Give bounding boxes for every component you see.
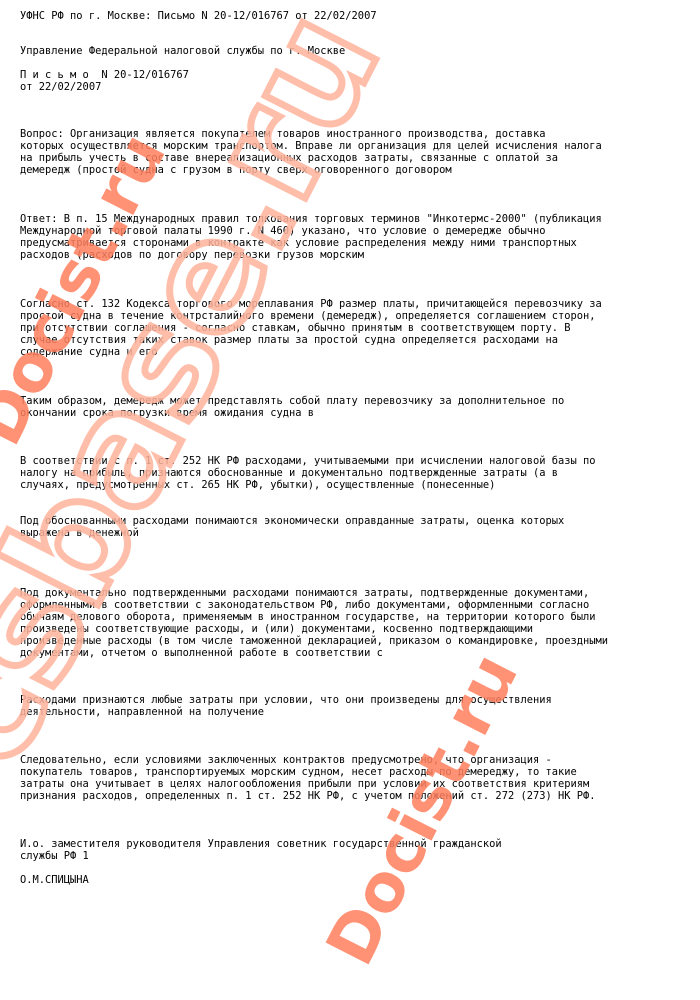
paragraph-documented-expenses: Под документально подтвержденными расход… (20, 587, 608, 659)
paragraph-recognized-expenses: Расходами признаются любые затраты при у… (20, 694, 552, 718)
paragraph-tax-code-252: В соответствии с п. 1 ст. 252 НК РФ расх… (20, 455, 596, 491)
watermark-right: Docist.ru (311, 641, 533, 977)
question-paragraph: Вопрос: Организация является покупателем… (20, 128, 602, 176)
paragraph-demurrage-definition: Таким образом, демередж может представля… (20, 395, 564, 419)
document-header: УФНС РФ по г. Москве: Письмо N 20-12/016… (20, 10, 377, 22)
signature-position: И.о. заместителя руководителя Управления… (20, 838, 502, 862)
letter-date: от 22/02/2007 (20, 81, 101, 93)
paragraph-conclusion: Следовательно, если условиями заключенны… (20, 754, 596, 802)
answer-paragraph: Ответ: В п. 15 Международных правил толк… (20, 213, 602, 261)
signature-name: О.М.СПИЦЫНА (20, 874, 89, 886)
issuing-authority: Управление Федеральной налоговой службы … (20, 45, 345, 57)
paragraph-demurrage-code: Согласно ст. 132 Кодекса торгового мореп… (20, 298, 602, 358)
paragraph-justified-expenses: Под обоснованными расходами понимаются э… (20, 515, 564, 539)
letter-title: П и с ь м о N 20-12/016767 (20, 69, 189, 81)
